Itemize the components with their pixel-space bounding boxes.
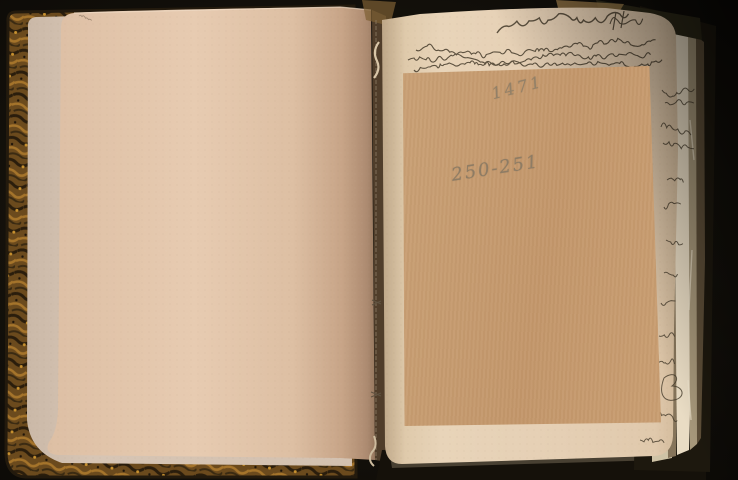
pencil-annotation-year: 1471 — [489, 72, 545, 103]
book-scan-photo: 1471 250-251 — [0, 0, 738, 480]
inserted-archive-slip: 1471 250-251 — [403, 66, 661, 426]
left-blank-page — [48, 7, 376, 460]
pencil-annotation-page-range: 250-251 — [450, 151, 541, 186]
